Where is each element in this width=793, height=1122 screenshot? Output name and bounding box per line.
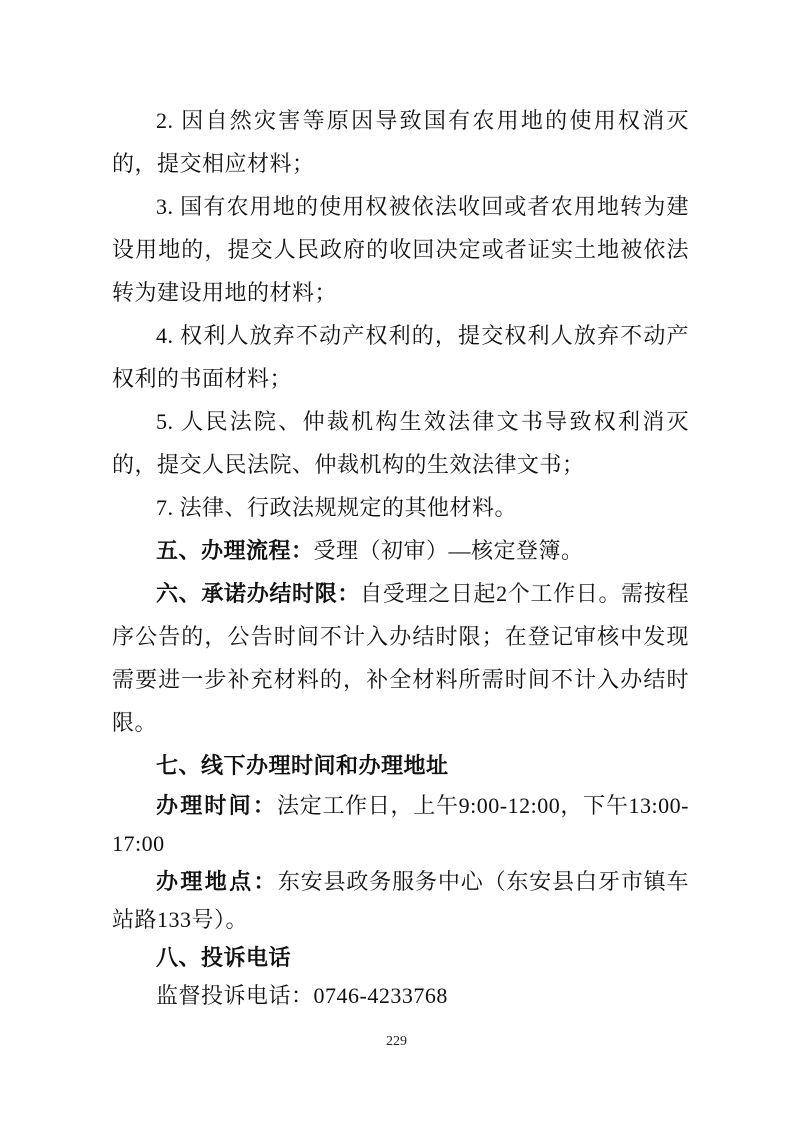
section-label-process: 五、办理流程： xyxy=(156,538,314,563)
section-label-deadline: 六、承诺办结时限： xyxy=(156,581,360,606)
para-office-address: 办理地点：东安县政务服务中心（东安县白牙市镇车站路133号）。 xyxy=(112,863,689,939)
para-section-deadline: 六、承诺办结时限：自受理之日起2个工作日。需按程序公告的，公告时间不计入办结时限… xyxy=(112,572,689,744)
office-hours-label: 办理时间： xyxy=(156,793,277,818)
document-page: 2. 因自然灾害等原因导致国有农用地的使用权消灭的，提交相应材料； 3. 国有农… xyxy=(0,0,793,1122)
para-item-3: 3. 国有农用地的使用权被依法收回或者农用地转为建设用地的，提交人民政府的收回决… xyxy=(112,185,689,314)
para-item-7: 7. 法律、行政法规规定的其他材料。 xyxy=(112,486,689,529)
para-item-2: 2. 因自然灾害等原因导致国有农用地的使用权消灭的，提交相应材料； xyxy=(112,99,689,185)
office-address-label: 办理地点： xyxy=(156,869,278,894)
para-item-4: 4. 权利人放弃不动产权利的，提交权利人放弃不动产权利的书面材料； xyxy=(112,314,689,400)
para-item-5: 5. 人民法院、仲裁机构生效法律文书导致权利消灭的，提交人民法院、仲裁机构的生效… xyxy=(112,400,689,486)
section-text-process: 受理（初审）—核定登簿。 xyxy=(314,538,584,563)
para-complaint-phone: 监督投诉电话：0746-4233768 xyxy=(112,977,689,1015)
section-heading-offline-info-label: 七、线下办理时间和办理地址 xyxy=(156,753,449,778)
page-number: 229 xyxy=(0,1034,793,1050)
section-heading-offline-info: 七、线下办理时间和办理地址 xyxy=(112,744,689,787)
document-body: 2. 因自然灾害等原因导致国有农用地的使用权消灭的，提交相应材料； 3. 国有农… xyxy=(112,99,689,1015)
section-heading-complaint-label: 八、投诉电话 xyxy=(156,945,291,970)
section-heading-complaint: 八、投诉电话 xyxy=(112,939,689,977)
para-office-hours: 办理时间：法定工作日，上午9:00-12:00，下午13:00-17:00 xyxy=(112,787,689,863)
para-section-process: 五、办理流程：受理（初审）—核定登簿。 xyxy=(112,529,689,572)
